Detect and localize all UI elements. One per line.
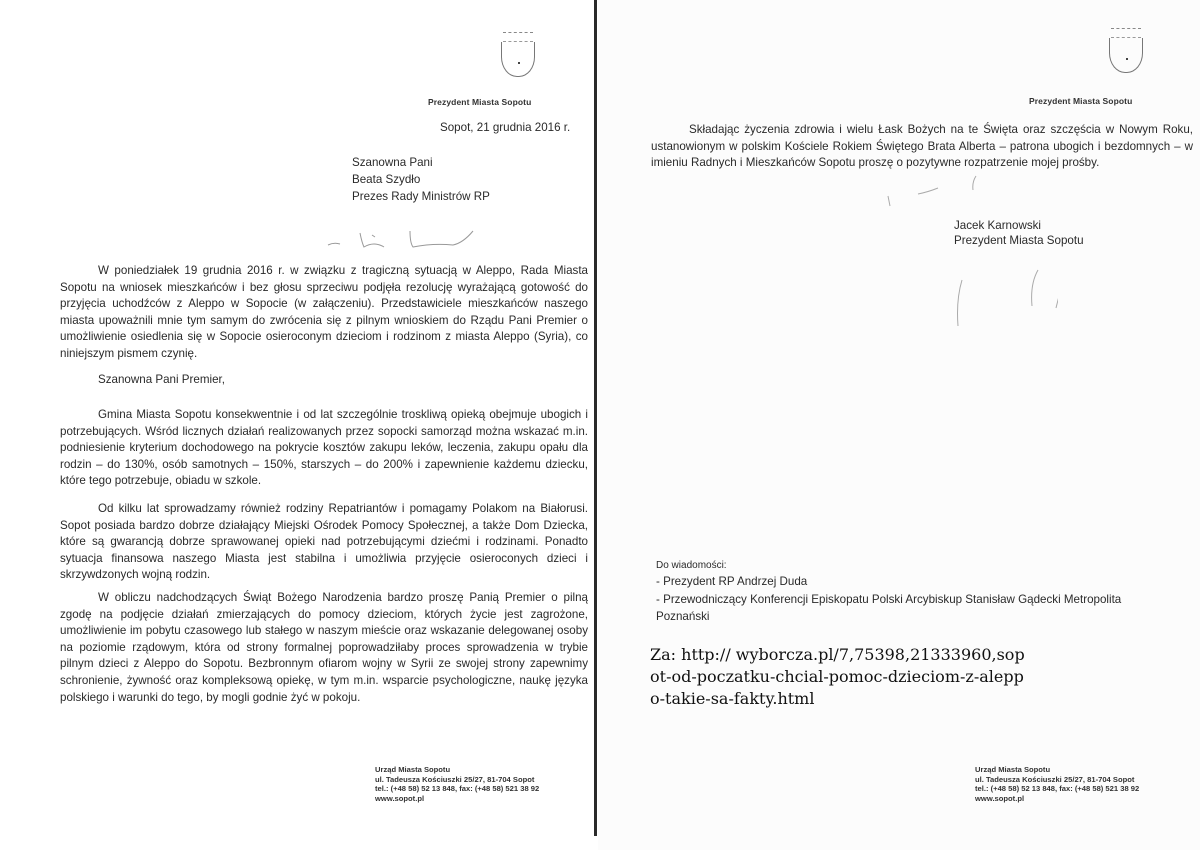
footer-address: ul. Tadeusza Kościuszki 25/27, 81-704 So… — [375, 775, 539, 785]
footer-office: Urząd Miasta Sopotu — [975, 765, 1139, 775]
recipient-line-1: Szanowna Pani — [352, 155, 433, 172]
page-divider — [594, 0, 597, 836]
cc-item-1: - Prezydent RP Andrzej Duda — [656, 574, 807, 591]
closing-paragraph: Składając życzenia zdrowia i wielu Łask … — [651, 122, 1193, 172]
body-paragraph-4: W obliczu nadchodzących Świąt Bożego Nar… — [60, 590, 588, 706]
date-line: Sopot, 21 grudnia 2016 r. — [440, 120, 570, 137]
letter-page-1: Prezydent Miasta Sopotu Sopot, 21 grudni… — [0, 0, 595, 850]
body-paragraph-2: Gmina Miasta Sopotu konsekwentnie i od l… — [60, 407, 588, 490]
cc-heading: Do wiadomości: — [656, 558, 727, 575]
salutation: Szanowna Pani Premier, — [98, 372, 225, 389]
letterhead-title: Prezydent Miasta Sopotu — [428, 97, 531, 107]
sopot-crest-icon — [501, 32, 535, 78]
signatory-title: Prezydent Miasta Sopotu — [954, 233, 1084, 250]
footer-phone: tel.: (+48 58) 52 13 848, fax: (+48 58) … — [375, 784, 539, 794]
recipient-line-2: Beata Szydło — [352, 172, 420, 189]
body-paragraph-3: Od kilku lat sprowadzamy również rodziny… — [60, 501, 588, 584]
letter-page-2: Prezydent Miasta Sopotu Składając życzen… — [598, 0, 1200, 850]
cc-item-2: - Przewodniczący Konferencji Episkopatu … — [656, 592, 1166, 625]
sopot-crest-icon — [1109, 28, 1143, 74]
handwritten-greeting-icon — [320, 225, 520, 255]
body-paragraph-1: W poniedziałek 19 grudnia 2016 r. w zwią… — [60, 263, 588, 363]
recipient-line-3: Prezes Rady Ministrów RP — [352, 189, 490, 206]
footer-address: ul. Tadeusza Kościuszki 25/27, 81-704 So… — [975, 775, 1139, 785]
signature-icon — [858, 170, 1058, 330]
footer-phone: tel.: (+48 58) 52 13 848, fax: (+48 58) … — [975, 784, 1139, 794]
letterhead-title: Prezydent Miasta Sopotu — [1029, 96, 1132, 106]
source-note: Za: http:// wyborcza.pl/7,75398,21333960… — [650, 644, 1030, 710]
footer-website: www.sopot.pl — [975, 794, 1139, 804]
office-footer: Urząd Miasta Sopotu ul. Tadeusza Kościus… — [975, 765, 1139, 803]
footer-website: www.sopot.pl — [375, 794, 539, 804]
office-footer: Urząd Miasta Sopotu ul. Tadeusza Kościus… — [375, 765, 539, 803]
footer-office: Urząd Miasta Sopotu — [375, 765, 539, 775]
